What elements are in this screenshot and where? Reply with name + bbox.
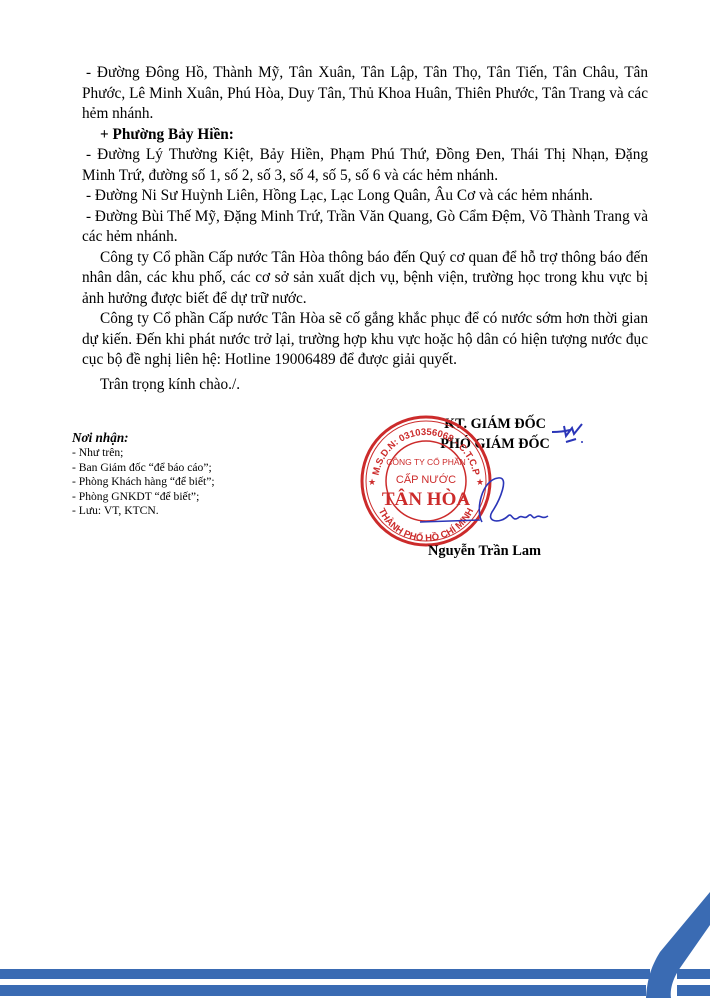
- recipients-title: Nơi nhận:: [72, 430, 215, 446]
- closing-paragraph: Trân trọng kính chào./.: [82, 375, 648, 396]
- street-list-paragraph: - Đường Bùi Thế Mỹ, Đặng Minh Trứ, Trần …: [82, 207, 648, 248]
- commitment-paragraph: Công ty Cổ phần Cấp nước Tân Hòa sẽ cố g…: [82, 309, 648, 371]
- street-list-paragraph: - Đường Ni Sư Huỳnh Liên, Hồng Lạc, Lạc …: [82, 186, 648, 207]
- signer-name: Nguyễn Trần Lam: [428, 543, 541, 560]
- notice-paragraph: Công ty Cổ phần Cấp nước Tân Hòa thông b…: [82, 248, 648, 310]
- svg-text:CÔNG TY CỔ PHẦN: CÔNG TY CỔ PHẦN: [386, 456, 466, 467]
- recipient-item: - Như trên;: [72, 446, 215, 461]
- street-list-paragraph: - Đường Lý Thường Kiệt, Bảy Hiền, Phạm P…: [82, 145, 648, 186]
- footer-decoration-icon: [0, 870, 710, 1006]
- recipient-item: - Ban Giám đốc “để báo cáo”;: [72, 461, 215, 476]
- handwritten-signature-icon: [420, 470, 560, 530]
- svg-text:★: ★: [368, 477, 376, 487]
- initials-mark-icon: [550, 418, 610, 448]
- recipients-block: Nơi nhận: - Như trên; - Ban Giám đốc “để…: [72, 430, 215, 519]
- recipient-item: - Lưu: VT, KTCN.: [72, 504, 215, 519]
- recipient-item: - Phòng GNKDT “để biết”;: [72, 490, 215, 505]
- document-page: - Đường Đông Hồ, Thành Mỹ, Tân Xuân, Tân…: [0, 0, 710, 1006]
- ward-heading: + Phường Bảy Hiền:: [82, 125, 648, 146]
- street-list-paragraph: - Đường Đông Hồ, Thành Mỹ, Tân Xuân, Tân…: [82, 63, 648, 125]
- recipient-item: - Phòng Khách hàng “để biết”;: [72, 475, 215, 490]
- document-body: - Đường Đông Hồ, Thành Mỹ, Tân Xuân, Tân…: [82, 63, 648, 395]
